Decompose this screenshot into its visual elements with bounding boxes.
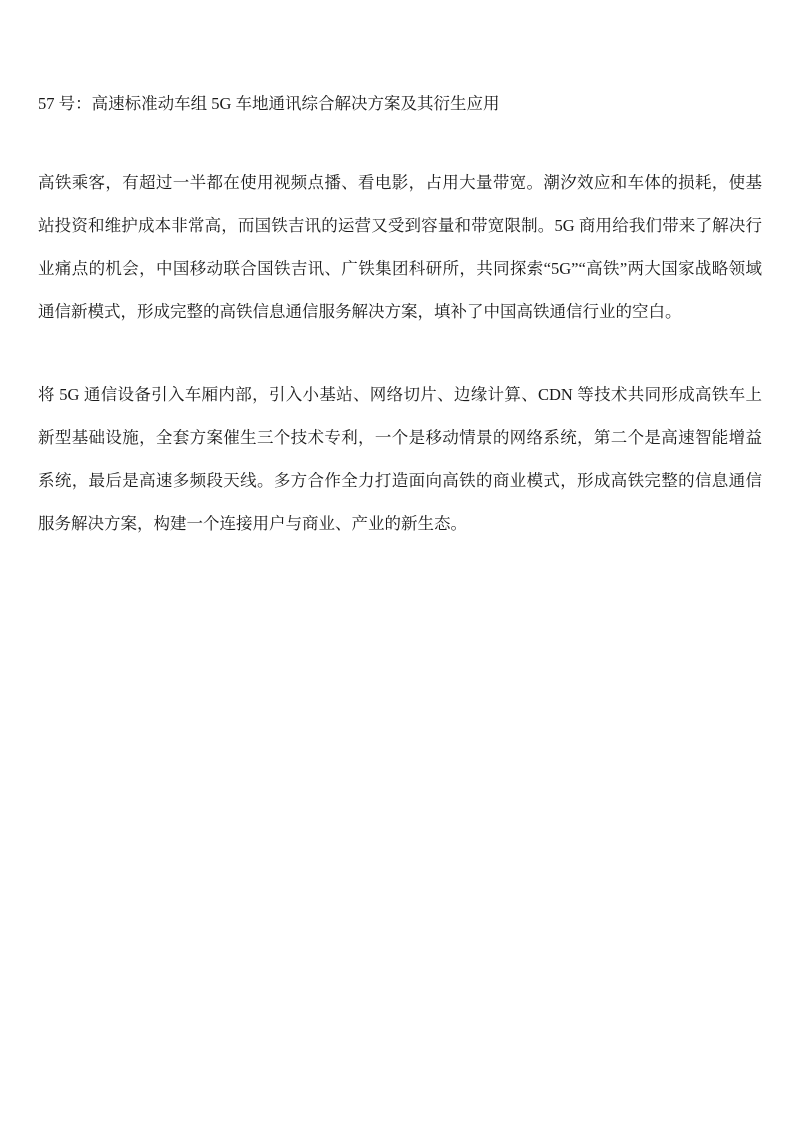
document-page: 57 号：高速标准动车组 5G 车地通讯综合解决方案及其衍生应用 高铁乘客，有超… <box>0 0 800 1131</box>
paragraph-overview: 高铁乘客，有超过一半都在使用视频点播、看电影，占用大量带宽。潮汐效应和车体的损耗… <box>38 161 762 333</box>
document-title: 57 号：高速标准动车组 5G 车地通讯综合解决方案及其衍生应用 <box>38 82 762 125</box>
paragraph-solution-details: 将 5G 通信设备引入车厢内部，引入小基站、网络切片、边缘计算、CDN 等技术共… <box>38 373 762 545</box>
